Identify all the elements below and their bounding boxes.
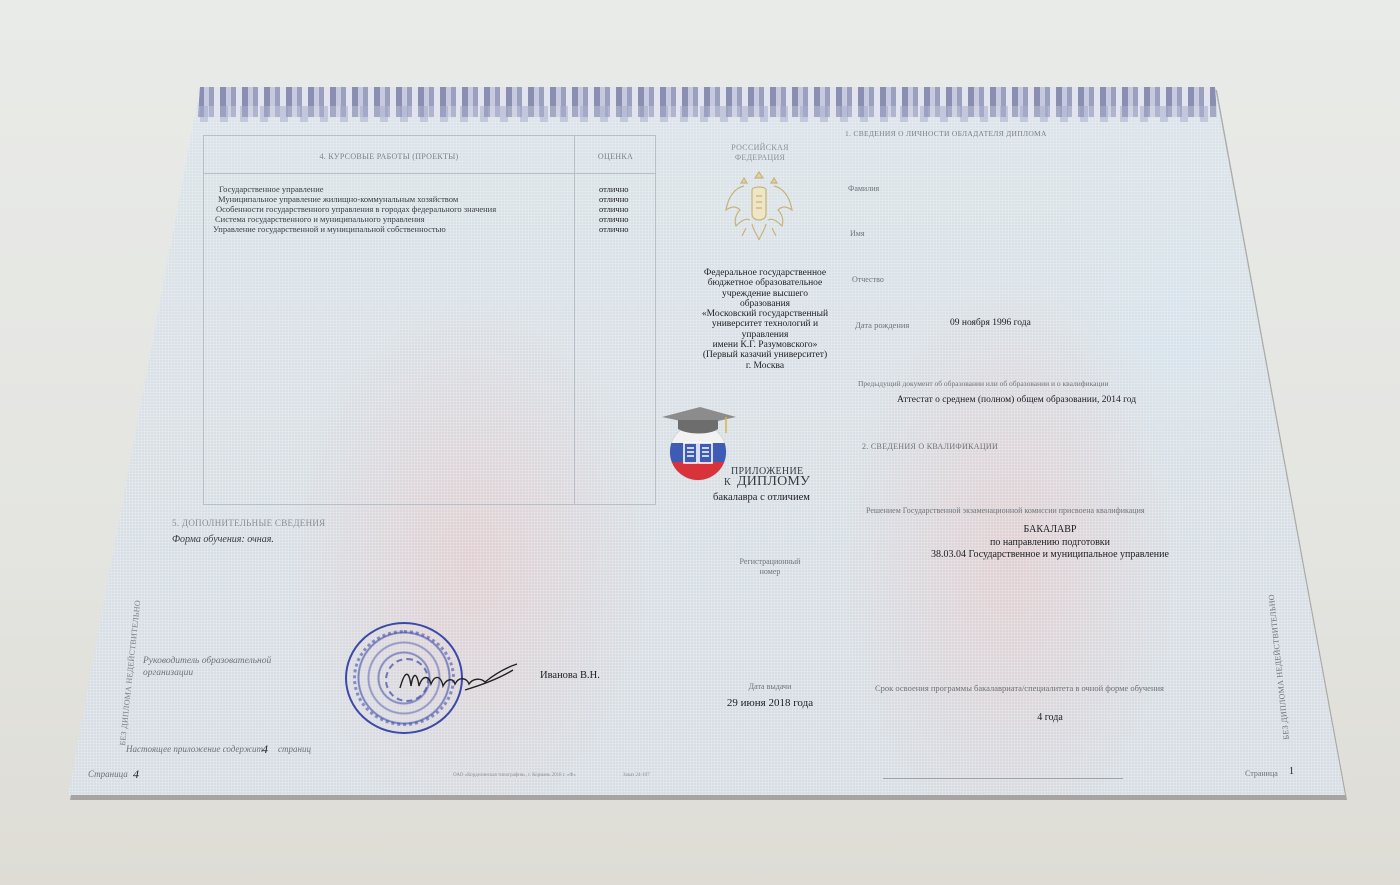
section1-header: 1. СВЕДЕНИЯ О ЛИЧНОСТИ ОБЛАДАТЕЛЯ ДИПЛОМ… — [845, 129, 1047, 138]
institution-line: бюджетное образовательное — [680, 278, 850, 288]
previous-document-value: Аттестат о среднем (полном) общем образо… — [897, 395, 1136, 405]
direction-value: 38.03.04 Государственное и муниципальное… — [890, 549, 1210, 560]
graduation-globe-logo-icon — [660, 405, 740, 485]
study-term-value: 4 года — [1010, 712, 1090, 723]
birth-date-label: Дата рождения — [855, 320, 909, 330]
issue-date-label: Дата выдачи — [720, 682, 820, 691]
country-name: РОССИЙСКАЯ ФЕДЕРАЦИЯ — [700, 143, 820, 163]
institution-line: имени К.Г. Разумовского» — [680, 340, 850, 350]
additional-info-header: 5. ДОПОЛНИТЕЛЬНЫЕ СВЕДЕНИЯ — [172, 518, 325, 528]
pages-count: 4 — [262, 742, 268, 757]
surname-label: Фамилия — [848, 184, 879, 193]
signature-line — [883, 778, 1123, 779]
coursework-grade: отлично — [599, 194, 629, 204]
country-line1: РОССИЙСКАЯ — [700, 143, 820, 153]
coursework-table-header: 4. КУРСОВЫЕ РАБОТЫ (ПРОЕКТЫ) ОЦЕНКА — [204, 136, 655, 174]
reg-label-line2: номер — [720, 567, 820, 577]
coursework-row: Государственное управление — [219, 184, 324, 194]
coursework-table: 4. КУРСОВЫЕ РАБОТЫ (ПРОЕКТЫ) ОЦЕНКА Госу… — [203, 135, 656, 505]
institution-line: (Первый казачий университет) — [680, 350, 850, 360]
head-label-line2: организации — [143, 668, 193, 678]
qualification-value: БАКАЛАВР — [950, 524, 1150, 535]
institution-line: управления — [680, 330, 850, 340]
page-number-right: 1 — [1289, 766, 1294, 777]
signature-icon — [395, 660, 525, 700]
issue-date: 29 июня 2018 года — [700, 697, 840, 709]
institution-line: образования — [680, 299, 850, 309]
pages-note-prefix: Настоящее приложение содержит — [126, 744, 263, 754]
head-label-line1: Руководитель образовательной — [143, 656, 271, 666]
coat-of-arms-icon — [722, 168, 796, 244]
birth-date-value: 09 ноября 1996 года — [950, 318, 1031, 328]
coursework-header: 4. КУРСОВЫЕ РАБОТЫ (ПРОЕКТЫ) — [204, 152, 574, 161]
study-form: Форма обучения: очная. — [172, 534, 274, 545]
page-number-left: 4 — [133, 767, 139, 782]
institution-line: университет технологий и — [680, 319, 850, 329]
degree-subtitle: бакалавра с отличием — [713, 492, 810, 503]
coursework-grade: отлично — [599, 184, 629, 194]
institution-name: Федеральное государственное бюджетное об… — [680, 268, 850, 371]
reg-label-line1: Регистрационный — [720, 557, 820, 567]
institution-line: Федеральное государственное — [680, 268, 850, 278]
coursework-row: Муниципальное управление жилищно-коммуна… — [218, 194, 458, 204]
coursework-row: Управление государственной и муниципальн… — [213, 224, 446, 234]
institution-line: «Московский государственный — [680, 309, 850, 319]
printer-note: ОАО «Корделинская типография», г. Корман… — [453, 773, 576, 778]
appendix-title-k: К — [724, 477, 731, 488]
section2-header: 2. СВЕДЕНИЯ О КВАЛИФИКАЦИИ — [862, 442, 998, 451]
coursework-grade: отлично — [599, 204, 629, 214]
name-label: Имя — [850, 229, 865, 238]
qualification-decision-label: Решением Государственной экзаменационной… — [866, 506, 1145, 515]
table-divider — [574, 136, 575, 504]
institution-line: г. Москва — [680, 361, 850, 371]
page-label-left: Страница — [88, 769, 128, 779]
coursework-grade: отлично — [599, 224, 629, 234]
patronymic-label: Отчество — [852, 275, 884, 284]
coursework-row: Система государственного и муниципальног… — [215, 214, 425, 224]
head-name: Иванова В.Н. — [540, 670, 600, 681]
serial-note: Заказ 24-107 — [623, 773, 650, 778]
direction-label: по направлению подготовки — [930, 537, 1170, 548]
pages-note-suffix: страниц — [278, 744, 311, 754]
coursework-grade: отлично — [599, 214, 629, 224]
appendix-title-line2: ДИПЛОМУ — [737, 474, 810, 490]
country-line2: ФЕДЕРАЦИЯ — [700, 153, 820, 163]
previous-document-label: Предыдущий документ об образовании или о… — [858, 379, 1109, 388]
grade-header: ОЦЕНКА — [574, 152, 657, 161]
study-term-label: Срок освоения программы бакалавриата/спе… — [875, 683, 1164, 693]
page-label-right: Страница — [1245, 769, 1278, 778]
institution-line: учреждение высшего — [680, 289, 850, 299]
registration-number-label: Регистрационный номер — [720, 557, 820, 577]
coursework-row: Особенности государственного управления … — [216, 204, 496, 214]
